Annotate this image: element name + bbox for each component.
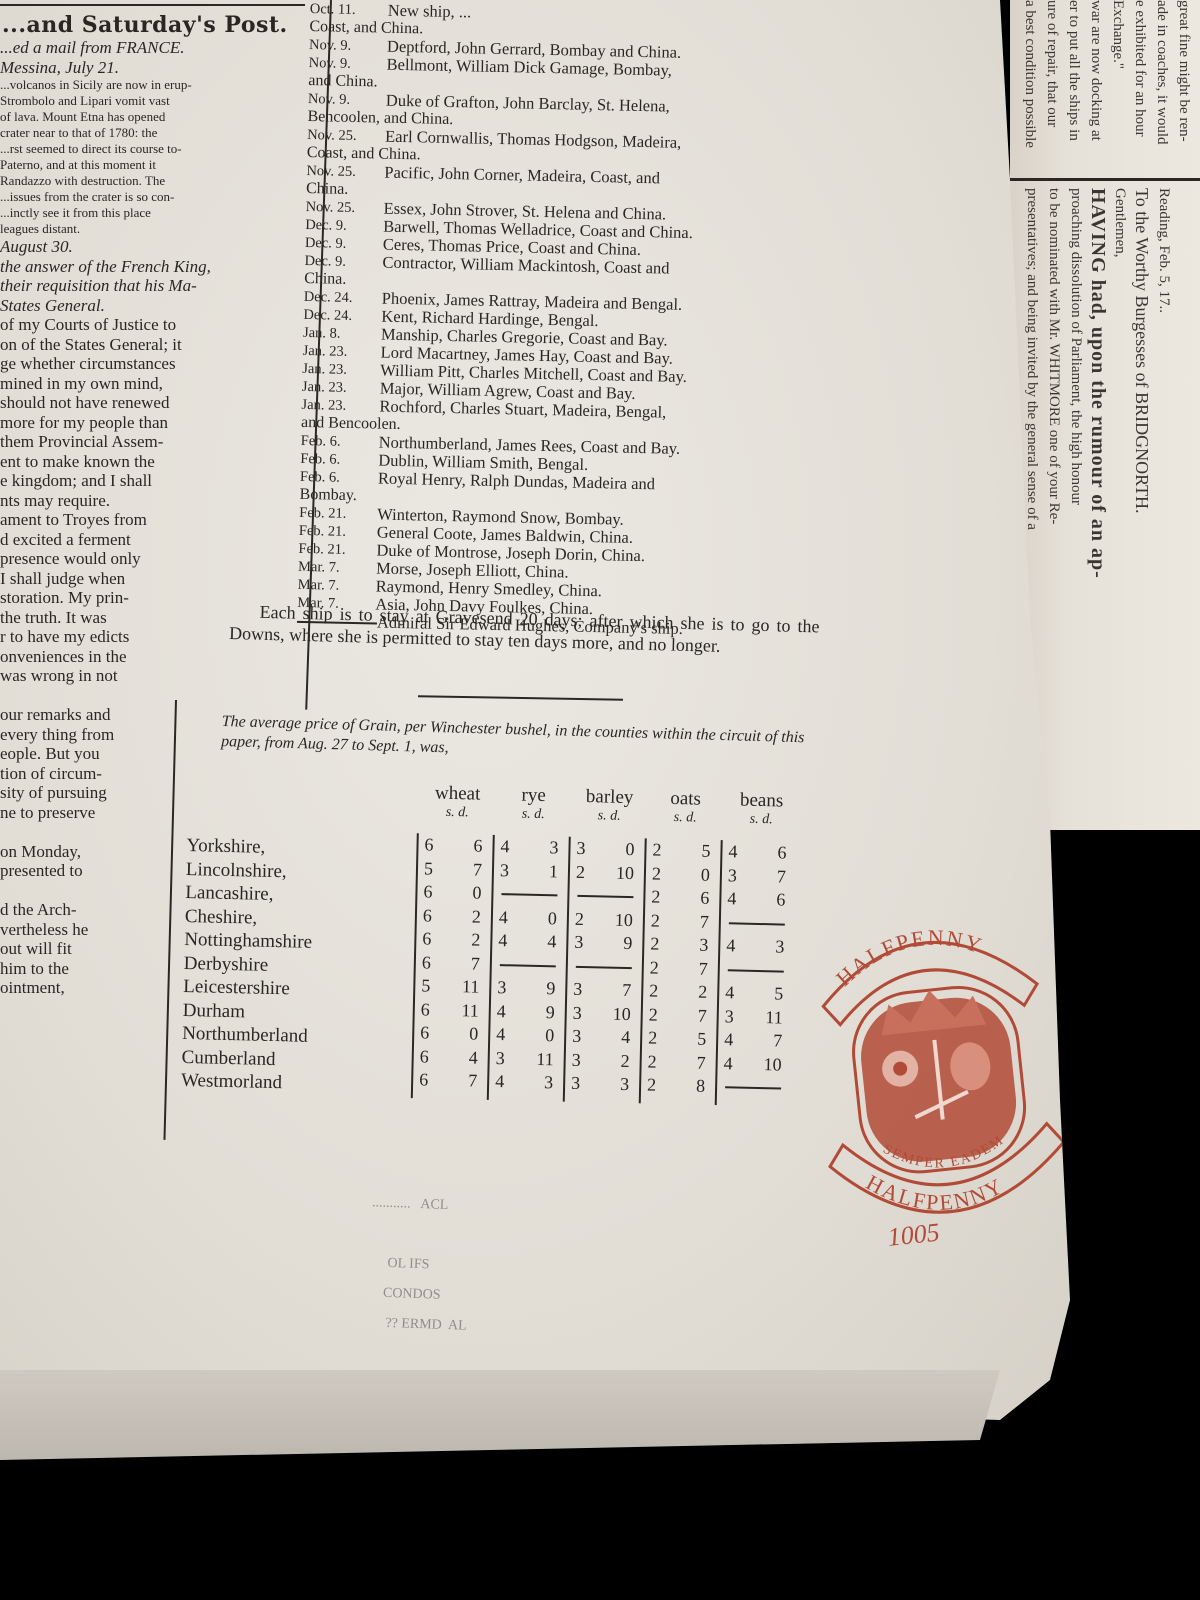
news-line: States General. — [0, 296, 300, 316]
shillings: 3 — [724, 1005, 734, 1029]
grain-column-beans: beans — [723, 790, 799, 812]
pence: 0 — [545, 1024, 555, 1048]
pence: 7 — [697, 1004, 707, 1028]
pence: 2 — [698, 981, 708, 1005]
pence: 7 — [696, 1051, 706, 1075]
news-line: of lava. Mount Etna has opened — [0, 109, 300, 125]
sailing-date: Feb. 6. — [301, 432, 379, 452]
svg-text:1005: 1005 — [886, 1218, 941, 1252]
masthead-rule — [0, 0, 305, 6]
grain-rows: Yorkshire,Lincolnshire,Lancashire,Cheshi… — [181, 828, 799, 1106]
pence: 9 — [623, 932, 633, 956]
news-line: ...volcanos in Sicily are now in erup- — [0, 77, 300, 93]
pence: 7 — [468, 1069, 478, 1093]
price-cell: 22 — [649, 980, 718, 1005]
pence: 10 — [616, 861, 635, 885]
news-line: ament to Troyes from — [0, 510, 300, 530]
pence: 7 — [699, 957, 709, 981]
price-cell: 23 — [650, 933, 719, 958]
sailing-date: Feb. 21. — [298, 540, 376, 560]
sailing-date: Dec. 9. — [305, 216, 383, 236]
shillings: 3 — [497, 976, 507, 1000]
price-cell: 210 — [575, 907, 644, 932]
shillings: 6 — [424, 833, 434, 857]
shillings: 3 — [495, 1047, 505, 1071]
pence: 0 — [472, 881, 482, 905]
address-body-line: to be nominated with Mr. WHITMORE one of… — [1043, 188, 1065, 579]
pence: 3 — [544, 1071, 554, 1095]
shillings: 2 — [652, 839, 662, 863]
shillings: 2 — [652, 862, 662, 886]
shillings-pence-label: s. d. — [571, 807, 647, 827]
price-cell: 62 — [423, 904, 492, 929]
price-cell: 43 — [500, 835, 569, 860]
grain-column-rye: rye — [495, 785, 571, 807]
shillings: 2 — [651, 886, 661, 910]
price-cell: 39 — [497, 976, 566, 1001]
pence: 3 — [775, 935, 785, 959]
pence: 7 — [700, 910, 710, 934]
no-price-dash — [498, 953, 567, 978]
price-cell: 27 — [651, 909, 720, 934]
sailing-date: Feb. 6. — [300, 450, 378, 470]
price-cell: 47 — [724, 1028, 793, 1053]
news-line: on of the States General; it — [0, 335, 300, 355]
adjacent-text-line: a best condition possible — [1019, 0, 1041, 148]
news-line: crater near to that of 1780: the — [0, 125, 300, 141]
news-line: August 30. — [0, 237, 300, 257]
pence: 10 — [615, 908, 634, 932]
news-line: d excited a ferment — [0, 530, 300, 550]
shillings: 2 — [647, 1073, 657, 1097]
price-cell: 32 — [571, 1048, 640, 1073]
sailing-date: Oct. 11. — [310, 0, 388, 20]
adjacent-text-line: ure of repair, that our — [1041, 0, 1063, 148]
news-line: Messina, July 21. — [0, 58, 300, 78]
shillings: 4 — [723, 1052, 733, 1076]
sailing-date: Dec. 9. — [304, 252, 382, 272]
price-cell: 67 — [419, 1068, 488, 1093]
pence: 7 — [622, 979, 632, 1003]
price-cell: 46 — [728, 840, 797, 865]
pence: 9 — [546, 1001, 556, 1025]
price-cell: 44 — [498, 929, 567, 954]
price-cell: 311 — [724, 1005, 793, 1030]
shillings: 4 — [725, 981, 735, 1005]
price-cell: 43 — [495, 1070, 564, 1095]
sailing-date: Feb. 6. — [300, 468, 378, 488]
price-cell: 25 — [648, 1027, 717, 1052]
shillings: 3 — [571, 1048, 581, 1072]
sailing-date: Nov. 9. — [308, 54, 386, 74]
news-line: ge whether circumstances — [0, 354, 300, 374]
shillings-pence-label: s. d. — [495, 805, 571, 825]
news-line: their requisition that his Ma- — [0, 276, 300, 296]
shillings: 5 — [424, 857, 434, 881]
price-cell: 39 — [574, 931, 643, 956]
shillings: 2 — [575, 907, 585, 931]
shillings: 4 — [499, 906, 509, 930]
pence: 0 — [625, 838, 635, 862]
shillings: 4 — [727, 887, 737, 911]
news-line: e kingdom; and I shall — [0, 471, 300, 491]
grain-heading: The average price of Grain, per Winchest… — [221, 712, 822, 769]
shillings: 6 — [423, 904, 433, 928]
pence: 9 — [546, 977, 556, 1001]
price-cell: 30 — [576, 837, 645, 862]
shillings: 2 — [649, 980, 659, 1004]
pence: 4 — [621, 1026, 631, 1050]
shillings: 3 — [573, 1001, 583, 1025]
pence: 7 — [473, 858, 483, 882]
pence: 3 — [699, 934, 709, 958]
pence: 0 — [701, 863, 711, 887]
shillings: 4 — [726, 934, 736, 958]
pence: 0 — [469, 1022, 479, 1046]
news-line: should not have renewed — [0, 393, 300, 413]
news-line: was wrong in not — [0, 666, 300, 686]
sailing-date: Jan. 23. — [302, 360, 380, 380]
news-line: mined in my own mind, — [0, 374, 300, 394]
price-cell: 66 — [424, 833, 493, 858]
price-cell: 210 — [576, 860, 645, 885]
news-line: them Provincial Assem- — [0, 432, 300, 452]
adjacent-text-line: war are now docking at — [1085, 0, 1107, 148]
grain-prices-rye: 4331404439494031143 — [487, 835, 569, 1101]
adjacent-text-line: Exchange." — [1107, 0, 1129, 148]
pence: 11 — [461, 999, 479, 1023]
pence: 4 — [547, 930, 557, 954]
sailing-date: Nov. 25. — [307, 126, 385, 146]
pence: 7 — [777, 865, 787, 889]
shillings: 2 — [648, 1003, 658, 1027]
price-cell: 40 — [499, 906, 568, 931]
pence: 2 — [620, 1049, 630, 1073]
shillings: 2 — [650, 956, 660, 980]
address-body-line: HAVING had, upon the rumour of an ap- — [1087, 188, 1109, 579]
pence: 6 — [777, 841, 787, 865]
sailing-date: Mar. 7. — [298, 558, 376, 578]
adjacent-text-line: er to put all the ships in — [1063, 0, 1085, 148]
halfpenny-tax-stamp: HALFPENNY SEMPER EADEM HALFPENNY 1005 — [781, 867, 1088, 1263]
pence: 5 — [774, 982, 784, 1006]
shillings-pence-label: s. d. — [419, 803, 495, 823]
ship-list: Oct. 11.New ship, ...Coast, and China.No… — [297, 0, 820, 641]
sailing-date: Nov. 25. — [306, 162, 384, 182]
shillings: 4 — [498, 929, 508, 953]
shillings: 3 — [500, 859, 510, 883]
sailing-date: Feb. 21. — [299, 522, 377, 542]
pence: 6 — [473, 834, 483, 858]
no-price-dash — [726, 958, 795, 983]
price-cell: 40 — [496, 1023, 565, 1048]
news-line: Paterno, and at this moment it — [0, 157, 300, 173]
sailing-date: Dec. 9. — [305, 234, 383, 254]
svg-text:HALFPENNY: HALFPENNY — [827, 919, 991, 993]
shillings: 5 — [421, 974, 431, 998]
price-cell: 37 — [728, 864, 797, 889]
adjacent-text-line: e exhibited for an hour — [1129, 0, 1151, 148]
newspaper-page: ...and Saturday's Post. ...ed a mail fro… — [0, 0, 1070, 1420]
grain-column-wheat: wheat — [419, 783, 495, 805]
price-cell: 611 — [421, 998, 490, 1023]
pence: 11 — [536, 1047, 554, 1071]
price-cell: 33 — [571, 1072, 640, 1097]
county-name: Westmorland — [181, 1069, 411, 1098]
price-cell: 28 — [647, 1073, 716, 1098]
section-separator — [418, 695, 623, 701]
no-price-dash — [575, 884, 644, 909]
shillings: 2 — [650, 933, 660, 957]
shillings-pence-label: s. d. — [647, 808, 723, 828]
news-line: ent to make known the — [0, 452, 300, 472]
pence: 8 — [696, 1075, 706, 1099]
price-cell: 410 — [723, 1052, 792, 1077]
pence: 5 — [701, 840, 711, 864]
no-price-dash — [499, 882, 568, 907]
news-line: nts may require. — [0, 491, 300, 511]
sailing-date: Nov. 25. — [305, 198, 383, 218]
dateline: Reading, Feb. 5, 17.. — [1153, 188, 1175, 579]
price-cell: 57 — [424, 857, 493, 882]
price-cell: 27 — [647, 1050, 716, 1075]
shillings: 3 — [572, 1025, 582, 1049]
no-price-dash — [574, 954, 643, 979]
sailing-date: Jan. 23. — [301, 396, 379, 416]
faint-offset-print: ........... ACL OL IFS CONDOS ?? ERMD AL — [367, 1188, 471, 1341]
sailing-date: Nov. 9. — [309, 36, 387, 56]
price-cell: 64 — [419, 1045, 488, 1070]
shillings: 2 — [576, 860, 586, 884]
address-title: To the Worthy Burgesses of BRIDGNORTH. — [1131, 188, 1153, 579]
grain-price-table: wheatryebarleyoatsbeans s. d.s. d.s. d.s… — [181, 778, 800, 1106]
pence: 6 — [700, 887, 710, 911]
news-line: of my Courts of Justice to — [0, 315, 300, 335]
price-cell: 311 — [495, 1047, 564, 1072]
news-line: ...rst seemed to direct its course to- — [0, 141, 300, 157]
price-cell: 37 — [573, 978, 642, 1003]
sailing-date: Mar. 7. — [298, 576, 376, 596]
shillings: 6 — [423, 880, 433, 904]
price-cell: 45 — [725, 981, 794, 1006]
shillings: 3 — [576, 837, 586, 861]
price-cell: 27 — [650, 956, 719, 981]
price-cell: 310 — [573, 1001, 642, 1026]
shillings: 2 — [647, 1050, 657, 1074]
shillings: 4 — [724, 1028, 734, 1052]
sailing-date: Jan. 8. — [303, 324, 381, 344]
news-line: leagues distant. — [0, 221, 300, 237]
sailing-date: Feb. 21. — [299, 504, 377, 524]
pence: 10 — [763, 1053, 782, 1077]
shillings: 6 — [422, 951, 432, 975]
bridgnorth-address: Reading, Feb. 5, 17.. To the Worthy Burg… — [1021, 188, 1175, 579]
news-line: ...issues from the crater is so con- — [0, 189, 300, 205]
news-line: ...ed a mail from FRANCE. — [0, 38, 300, 58]
pence: 7 — [773, 1029, 783, 1053]
paper-fold-edge — [0, 1370, 1000, 1460]
masthead: ...and Saturday's Post. — [2, 12, 300, 38]
price-cell: 43 — [726, 934, 795, 959]
grain-prices-oats: 2520262723272227252728 — [639, 838, 721, 1104]
price-cell: 49 — [497, 1000, 566, 1025]
pence: 0 — [548, 907, 558, 931]
shillings: 2 — [651, 909, 661, 933]
price-cell: 511 — [421, 974, 490, 999]
shillings: 6 — [420, 1021, 430, 1045]
shillings: 6 — [421, 998, 431, 1022]
price-cell: 34 — [572, 1025, 641, 1050]
shillings: 4 — [728, 840, 738, 864]
news-line: more for my people than — [0, 413, 300, 433]
shillings: 6 — [419, 1045, 429, 1069]
price-cell: 25 — [652, 839, 721, 864]
shillings: 4 — [496, 1023, 506, 1047]
news-line: Strombolo and Lipari vomit vast — [0, 93, 300, 109]
pence: 11 — [462, 975, 480, 999]
news-line — [0, 686, 300, 706]
shillings: 3 — [573, 978, 583, 1002]
pence: 5 — [697, 1028, 707, 1052]
shillings: 4 — [500, 835, 510, 859]
price-cell: 20 — [652, 862, 721, 887]
pence: 10 — [612, 1002, 631, 1026]
pence: 11 — [765, 1006, 783, 1030]
address-body-line: proaching dissolution of Parliament, the… — [1065, 188, 1087, 579]
news-line: ...inctly see it from this place — [0, 205, 300, 221]
price-cell: 60 — [420, 1021, 489, 1046]
news-line: the answer of the French King, — [0, 257, 300, 277]
grain-prices-beans: 463746434531147410 — [715, 840, 797, 1106]
county-list: Yorkshire,Lincolnshire,Lancashire,Cheshi… — [181, 828, 417, 1098]
shillings: 3 — [574, 931, 584, 955]
shillings: 2 — [648, 1027, 658, 1051]
horizontal-rule — [1010, 178, 1200, 181]
shillings: 6 — [419, 1068, 429, 1092]
adjacent-text-line: great fine might be ren- — [1173, 0, 1195, 148]
salutation: Gentlemen, — [1109, 188, 1131, 579]
grain-prices-wheat: 665760626267511611606467 — [411, 833, 493, 1099]
price-cell: 60 — [423, 880, 492, 905]
news-line: I shall judge when — [0, 569, 300, 589]
news-line: Randazzo with destruction. The — [0, 173, 300, 189]
price-cell: 67 — [422, 951, 491, 976]
news-line: presence would only — [0, 549, 300, 569]
shillings: 4 — [495, 1070, 505, 1094]
pence: 2 — [472, 905, 482, 929]
price-cell: 26 — [651, 886, 720, 911]
price-cell: 31 — [500, 859, 569, 884]
pence: 4 — [468, 1046, 478, 1070]
sailing-date: Dec. 24. — [304, 288, 382, 308]
pence: 2 — [471, 928, 481, 952]
stamp-icon: HALFPENNY SEMPER EADEM HALFPENNY 1005 — [781, 867, 1088, 1263]
pence: 3 — [549, 836, 559, 860]
shillings: 3 — [728, 864, 738, 888]
sailing-date: Nov. 9. — [308, 90, 386, 110]
sailing-date: Jan. 23. — [302, 378, 380, 398]
pence: 3 — [620, 1073, 630, 1097]
grain-prices-barley: 302102103937310343233 — [563, 837, 645, 1103]
shillings: 3 — [571, 1072, 581, 1096]
grain-column-barley: barley — [571, 787, 647, 809]
sailing-date: Jan. 23. — [302, 342, 380, 362]
price-cell: 62 — [422, 927, 491, 952]
price-cell: 27 — [648, 1003, 717, 1028]
adjacent-text-line: ade in coaches, it would — [1151, 0, 1173, 148]
pence: 7 — [471, 952, 481, 976]
no-price-dash — [723, 1075, 792, 1100]
sailing-date: Dec. 24. — [303, 306, 381, 326]
shillings: 4 — [497, 1000, 507, 1024]
news-line: onveniences in the — [0, 647, 300, 667]
pence: 1 — [549, 860, 559, 884]
adjacent-article-text: great fine might be ren-ade in coaches, … — [1019, 0, 1195, 148]
grain-column-oats: oats — [647, 788, 723, 810]
shillings-pence-label: s. d. — [723, 810, 799, 830]
shillings: 6 — [422, 927, 432, 951]
